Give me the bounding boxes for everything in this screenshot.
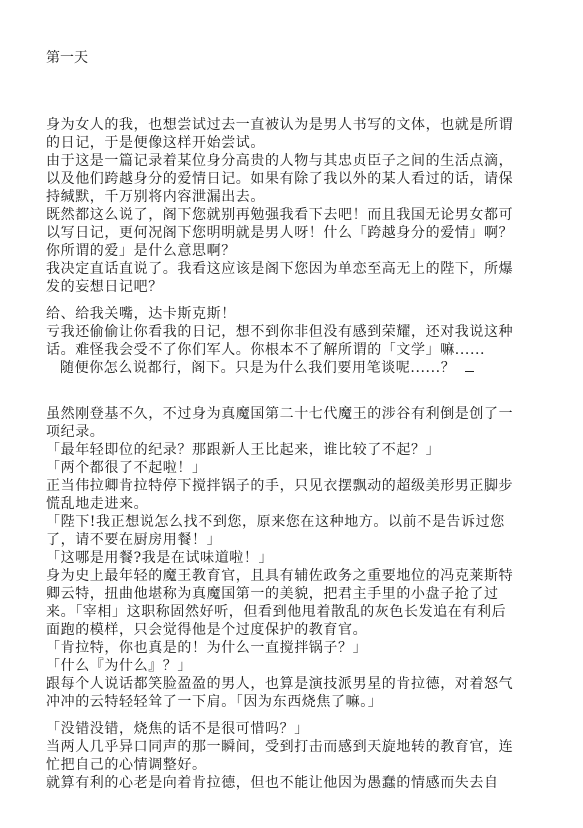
text-line: 给、给我关嘴，达卡斯克斯！: [46, 305, 236, 323]
text-line: 亏我还偷偷让你看我的日记，想不到你非但没有感到荣耀，还对我说这种: [46, 323, 513, 341]
text-line: 来。「宰相」这职称固然好听，但看到他甩着散乱的灰色长发追在有利后: [46, 603, 506, 621]
text-line: 话。难怪我会受不了你们军人。你根本不了解所谓的「文学」嘛......: [46, 341, 485, 359]
text-line: 慌乱地走进来。: [46, 495, 148, 513]
text-line: 的日记，于是便像这样开始尝试。: [46, 134, 265, 152]
text-line: 冲冲的云特轻轻耸了一下肩。「因为东西烧焦了嘛。」: [46, 693, 382, 711]
text-line: 当两人几乎异口同声的那一瞬间，受到打击而感到天旋地转的教育官，连: [46, 738, 513, 756]
text-line-content: 随便你怎么说都行，阁下。只是为什么我们要用笔谈呢......？: [60, 360, 455, 376]
text-line: 「什么『为什么』？」: [46, 657, 192, 675]
text-line: 「肯拉特，你也真是的！为什么一直搅拌锅子？」: [46, 639, 367, 657]
text-line: 我决定直话直说了。我看这应该是阁下您因为单恋至高无上的陛下，所爆: [46, 260, 513, 278]
text-line: 「这哪是用餐?我是在试味道啦！」: [46, 549, 273, 567]
text-line: 「陛下!我正想说怎么找不到您，原来您在这种地方。以前不是告诉过您: [46, 513, 505, 531]
text-line: 「两个都很了不起啦！」: [46, 459, 207, 477]
text-line: 发的妄想日记吧？: [46, 278, 163, 296]
text-line-indented: 随便你怎么说都行，阁下。只是为什么我们要用笔谈呢......？: [46, 359, 474, 377]
text-line: 「最年轻即位的纪录？那跟新人王比起来，谁比较了不起？」: [46, 441, 440, 459]
text-line: 忙把自己的心情调整好。: [46, 756, 207, 774]
text-line: 以及他们跨越身分的爱情日记。如果有除了我以外的某人看过的话，请保: [46, 170, 513, 188]
text-line: 就算有利的心老是向着肯拉德，但也不能让他因为愚蠢的情感而失去自: [46, 774, 499, 792]
text-line: 了，请不要在厨房用餐！」: [46, 531, 221, 549]
text-line: 以写日记，更何况阁下您明明就是男人呀！什么「跨越身分的爱情」啊？: [46, 224, 513, 242]
text-line: 卿云特，扭曲他堪称为真魔国第一的美貌，把君主手里的小盘子抢了过: [46, 585, 499, 603]
document-page: 第一天 身为女人的我，也想尝试过去一直被认为是男人书写的文体，也就是所谓 的日记…: [0, 0, 583, 828]
text-line: 身为史上最年轻的魔王教育官，且具有辅佐政务之重要地位的冯克莱斯特: [46, 567, 513, 585]
text-line: 既然都这么说了，阁下您就别再勉强我看下去吧！而且我国无论男女都可: [46, 206, 513, 224]
text-cursor: [465, 359, 474, 372]
text-line: 身为女人的我，也想尝试过去一直被认为是男人书写的文体，也就是所谓: [46, 116, 513, 134]
text-line: 虽然刚登基不久，不过身为真魔国第二十七代魔王的涉谷有利倒是创了一: [46, 405, 513, 423]
chapter-title: 第一天: [46, 49, 88, 67]
text-line: 持缄默，千万别将内容泄漏出去。: [46, 188, 265, 206]
text-line: 项纪录。: [46, 423, 104, 441]
text-line: 「没错没错，烧焦的话不是很可惜吗？」: [46, 720, 309, 738]
text-line: 跟每个人说话都笑脸盈盈的男人，也算是演技派男星的肯拉德，对着怒气: [46, 675, 513, 693]
text-line: 面跑的模样，只会觉得他是个过度保护的教育官。: [46, 621, 367, 639]
text-line: 你所谓的爱」是什么意思啊？: [46, 242, 236, 260]
text-line: 由于这是一篇记录着某位身分高贵的人物与其忠贞臣子之间的生活点滴，: [46, 152, 513, 170]
text-line: 正当伟拉卿肯拉特停下搅拌锅子的手，只见衣摆飘动的超级美形男正脚步: [46, 477, 513, 495]
